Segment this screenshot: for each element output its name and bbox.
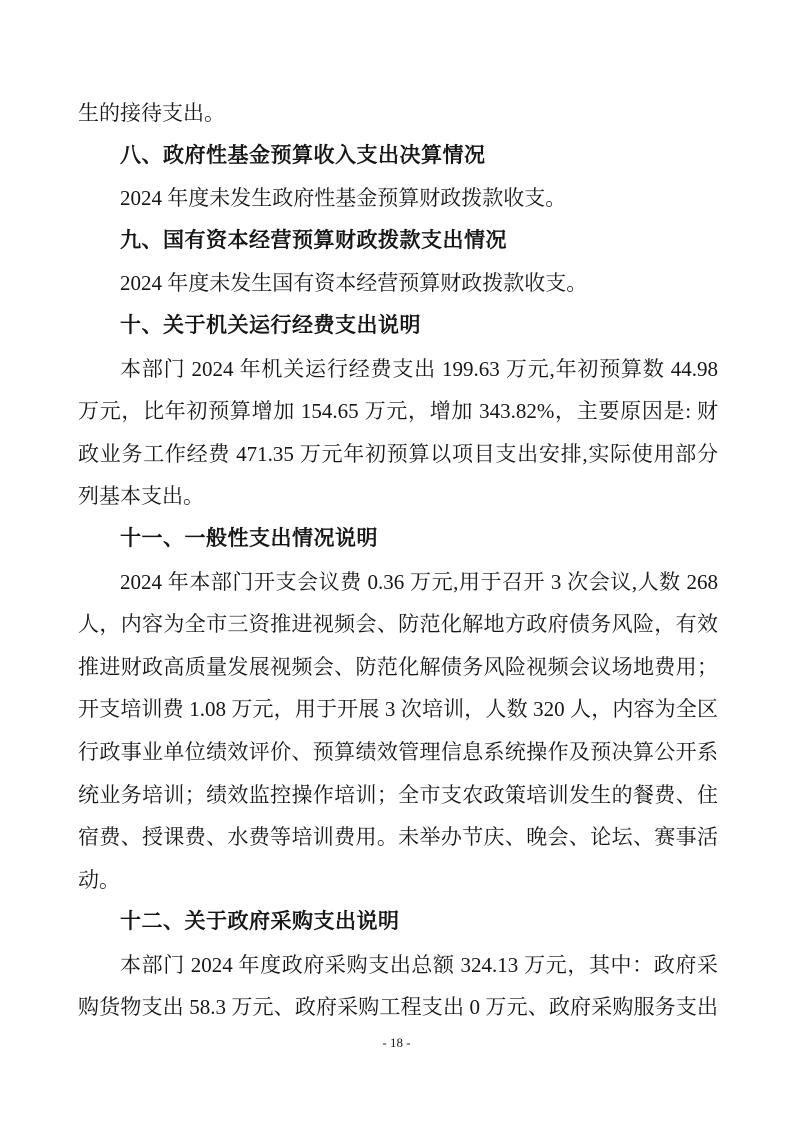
body-text-line: 万元，比年初预算增加 154.65 万元，增加 343.82%，主要原因是: 财 xyxy=(78,390,718,433)
body-text-line: 2024 年本部门开支会议费 0.36 万元,用于召开 3 次会议,人数 268 xyxy=(78,561,718,604)
body-text-line: 行政事业单位绩效评价、预算绩效管理信息系统操作及预决算公开系 xyxy=(78,731,718,774)
page-number: - 18 - xyxy=(0,1033,793,1053)
document-body: 生的接待支出。八、政府性基金预算收入支出决算情况2024 年度未发生政府性基金预… xyxy=(78,92,718,1029)
body-text-line: 购货物支出 58.3 万元、政府采购工程支出 0 万元、政府采购服务支出 xyxy=(78,986,718,1029)
section-heading: 九、国有资本经营预算财政拨款支出情况 xyxy=(78,220,718,263)
body-text-line: 本部门 2024 年度政府采购支出总额 324.13 万元，其中：政府采 xyxy=(78,944,718,987)
body-text-line: 列基本支出。 xyxy=(78,475,718,518)
body-text-line: 开支培训费 1.08 万元，用于开展 3 次培训，人数 320 人，内容为全区 xyxy=(78,688,718,731)
body-text-line: 2024 年度未发生政府性基金预算财政拨款收支。 xyxy=(78,177,718,220)
document-page: 生的接待支出。八、政府性基金预算收入支出决算情况2024 年度未发生政府性基金预… xyxy=(0,0,793,1122)
body-text-line: 生的接待支出。 xyxy=(78,92,718,135)
body-text-line: 动。 xyxy=(78,859,718,902)
body-text-line: 本部门 2024 年机关运行经费支出 199.63 万元,年初预算数 44.98 xyxy=(78,348,718,391)
body-text-line: 宿费、授课费、水费等培训费用。未举办节庆、晚会、论坛、赛事活 xyxy=(78,816,718,859)
body-text-line: 统业务培训；绩效监控操作培训；全市支农政策培训发生的餐费、住 xyxy=(78,774,718,817)
body-text-line: 人，内容为全市三资推进视频会、防范化解地方政府债务风险，有效 xyxy=(78,603,718,646)
section-heading: 十、关于机关运行经费支出说明 xyxy=(78,305,718,348)
body-text-line: 2024 年度未发生国有资本经营预算财政拨款收支。 xyxy=(78,262,718,305)
body-text-line: 推进财政高质量发展视频会、防范化解债务风险视频会议场地费用； xyxy=(78,646,718,689)
body-text-line: 政业务工作经费 471.35 万元年初预算以项目支出安排,实际使用部分 xyxy=(78,433,718,476)
section-heading: 八、政府性基金预算收入支出决算情况 xyxy=(78,135,718,178)
section-heading: 十二、关于政府采购支出说明 xyxy=(78,901,718,944)
section-heading: 十一、一般性支出情况说明 xyxy=(78,518,718,561)
